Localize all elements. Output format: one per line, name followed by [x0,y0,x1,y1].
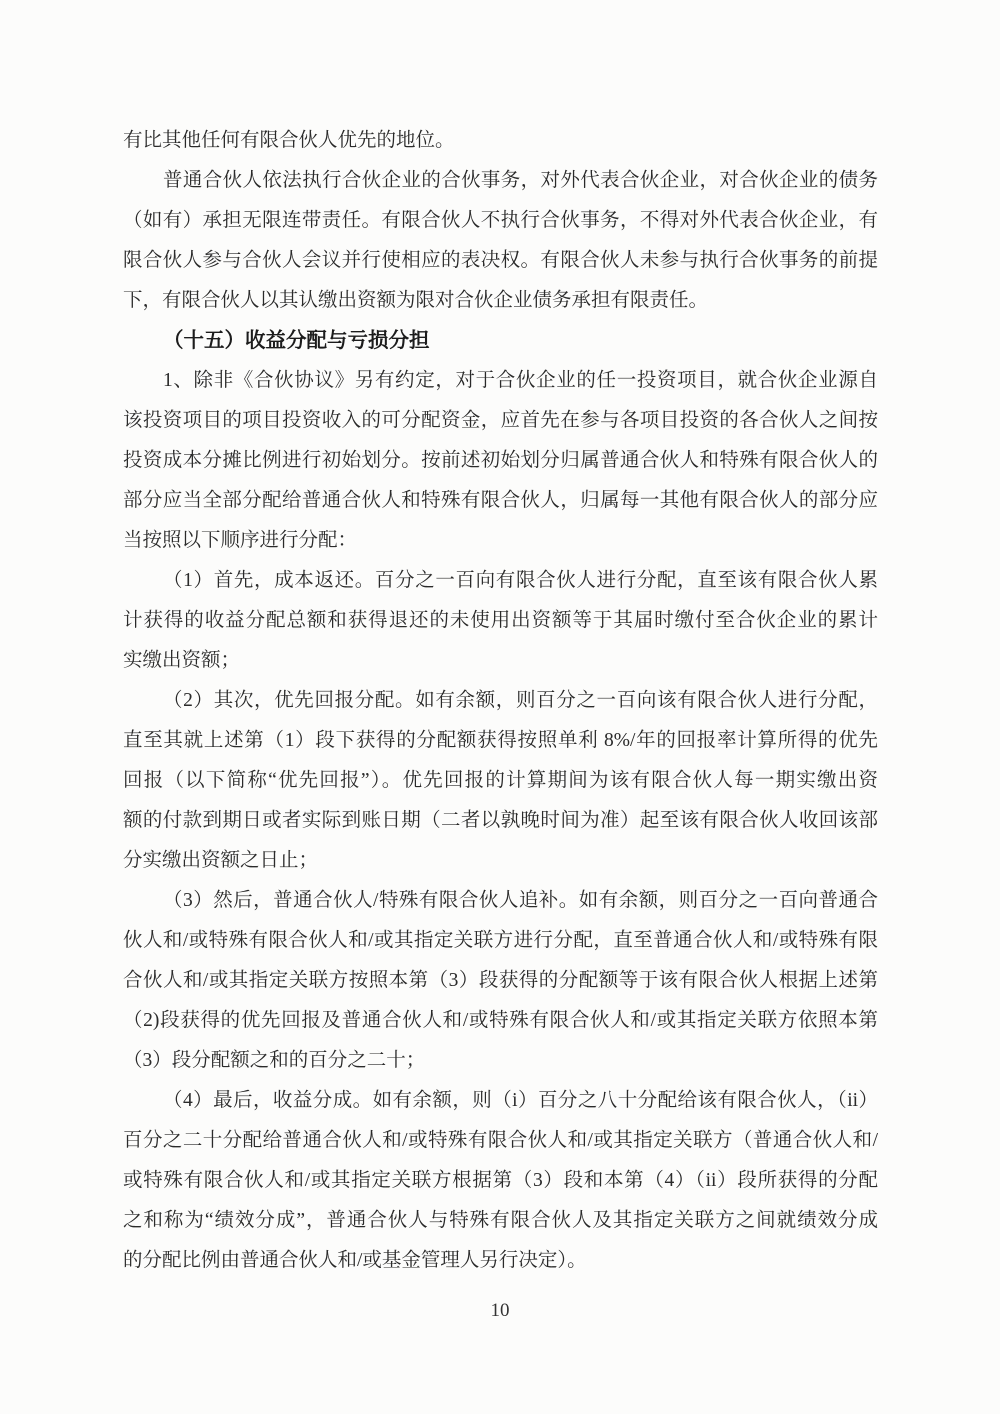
text-line: 的分配比例由普通合伙人和/或基金管理人另行决定）。 [123,1241,878,1281]
text-line: 有比其他任何有限合伙人优先的地位。 [123,121,878,161]
text-line: 当按照以下顺序进行分配： [123,521,878,561]
text-line: 下，有限合伙人以其认缴出资额为限对合伙企业债务承担有限责任。 [123,281,878,321]
text-line: 部分应当全部分配给普通合伙人和特殊有限合伙人，归属每一其他有限合伙人的部分应 [123,481,878,521]
paragraph: （2）其次，优先回报分配。如有余额，则百分之一百向该有限合伙人进行分配， 直至其… [123,681,878,881]
text-line: 回报（以下简称“优先回报”）。优先回报的计算期间为该有限合伙人每一期实缴出资 [123,761,878,801]
text-line: 1、除非《合伙协议》另有约定，对于合伙企业的任一投资项目，就合伙企业源自 [123,361,878,401]
text-line: 分实缴出资额之日止； [123,841,878,881]
text-line: 百分之二十分配给普通合伙人和/或特殊有限合伙人和/或其指定关联方（普通合伙人和/ [123,1121,878,1161]
paragraph: 普通合伙人依法执行合伙企业的合伙事务，对外代表合伙企业，对合伙企业的债务 （如有… [123,161,878,321]
paragraph: （3）然后，普通合伙人/特殊有限合伙人追补。如有余额，则百分之一百向普通合 伙人… [123,881,878,1081]
paragraph: （十五）收益分配与亏损分担 [123,321,878,361]
text-line: 普通合伙人依法执行合伙企业的合伙事务，对外代表合伙企业，对合伙企业的债务 [123,161,878,201]
text-line: 该投资项目的项目投资收入的可分配资金，应首先在参与各项目投资的各合伙人之间按 [123,401,878,441]
text-line: （2)段获得的优先回报及普通合伙人和/或特殊有限合伙人和/或其指定关联方依照本第 [123,1001,878,1041]
text-line: 或特殊有限合伙人和/或其指定关联方根据第（3）段和本第（4）（ii）段所获得的分… [123,1161,878,1201]
text-line: 实缴出资额； [123,641,878,681]
document-page: 有比其他任何有限合伙人优先的地位。 普通合伙人依法执行合伙企业的合伙事务，对外代… [0,0,1000,1414]
paragraph: 1、除非《合伙协议》另有约定，对于合伙企业的任一投资项目，就合伙企业源自 该投资… [123,361,878,561]
paragraph: （4）最后，收益分成。如有余额，则（i）百分之八十分配给该有限合伙人，（ii） … [123,1081,878,1281]
paragraph: （1）首先，成本返还。百分之一百向有限合伙人进行分配，直至该有限合伙人累 计获得… [123,561,878,681]
text-line: 计获得的收益分配总额和获得退还的未使用出资额等于其届时缴付至合伙企业的累计 [123,601,878,641]
text-line: （3）然后，普通合伙人/特殊有限合伙人追补。如有余额，则百分之一百向普通合 [123,881,878,921]
text-line: 直至其就上述第（1）段下获得的分配额获得按照单利 8%/年的回报率计算所得的优先 [123,721,878,761]
paragraph: 有比其他任何有限合伙人优先的地位。 [123,121,878,161]
text-line: （2）其次，优先回报分配。如有余额，则百分之一百向该有限合伙人进行分配， [123,681,878,721]
section-heading: （十五）收益分配与亏损分担 [123,321,878,361]
text-line: （4）最后，收益分成。如有余额，则（i）百分之八十分配给该有限合伙人，（ii） [123,1081,878,1121]
text-line: （如有）承担无限连带责任。有限合伙人不执行合伙事务，不得对外代表合伙企业，有 [123,201,878,241]
text-line: 之和称为“绩效分成”，普通合伙人与特殊有限合伙人及其指定关联方之间就绩效分成 [123,1201,878,1241]
text-line: 限合伙人参与合伙人会议并行使相应的表决权。有限合伙人未参与执行合伙事务的前提 [123,241,878,281]
text-line: 投资成本分摊比例进行初始划分。按前述初始划分归属普通合伙人和特殊有限合伙人的 [123,441,878,481]
text-line: （1）首先，成本返还。百分之一百向有限合伙人进行分配，直至该有限合伙人累 [123,561,878,601]
text-line: 伙人和/或特殊有限合伙人和/或其指定关联方进行分配，直至普通合伙人和/或特殊有限 [123,921,878,961]
text-line: （3）段分配额之和的百分之二十； [123,1041,878,1081]
text-line: 额的付款到期日或者实际到账日期（二者以孰晚时间为准）起至该有限合伙人收回该部 [123,801,878,841]
text-block: 有比其他任何有限合伙人优先的地位。 普通合伙人依法执行合伙企业的合伙事务，对外代… [123,121,878,1281]
page-number: 10 [0,1296,1000,1326]
text-line: 合伙人和/或其指定关联方按照本第（3）段获得的分配额等于该有限合伙人根据上述第 [123,961,878,1001]
